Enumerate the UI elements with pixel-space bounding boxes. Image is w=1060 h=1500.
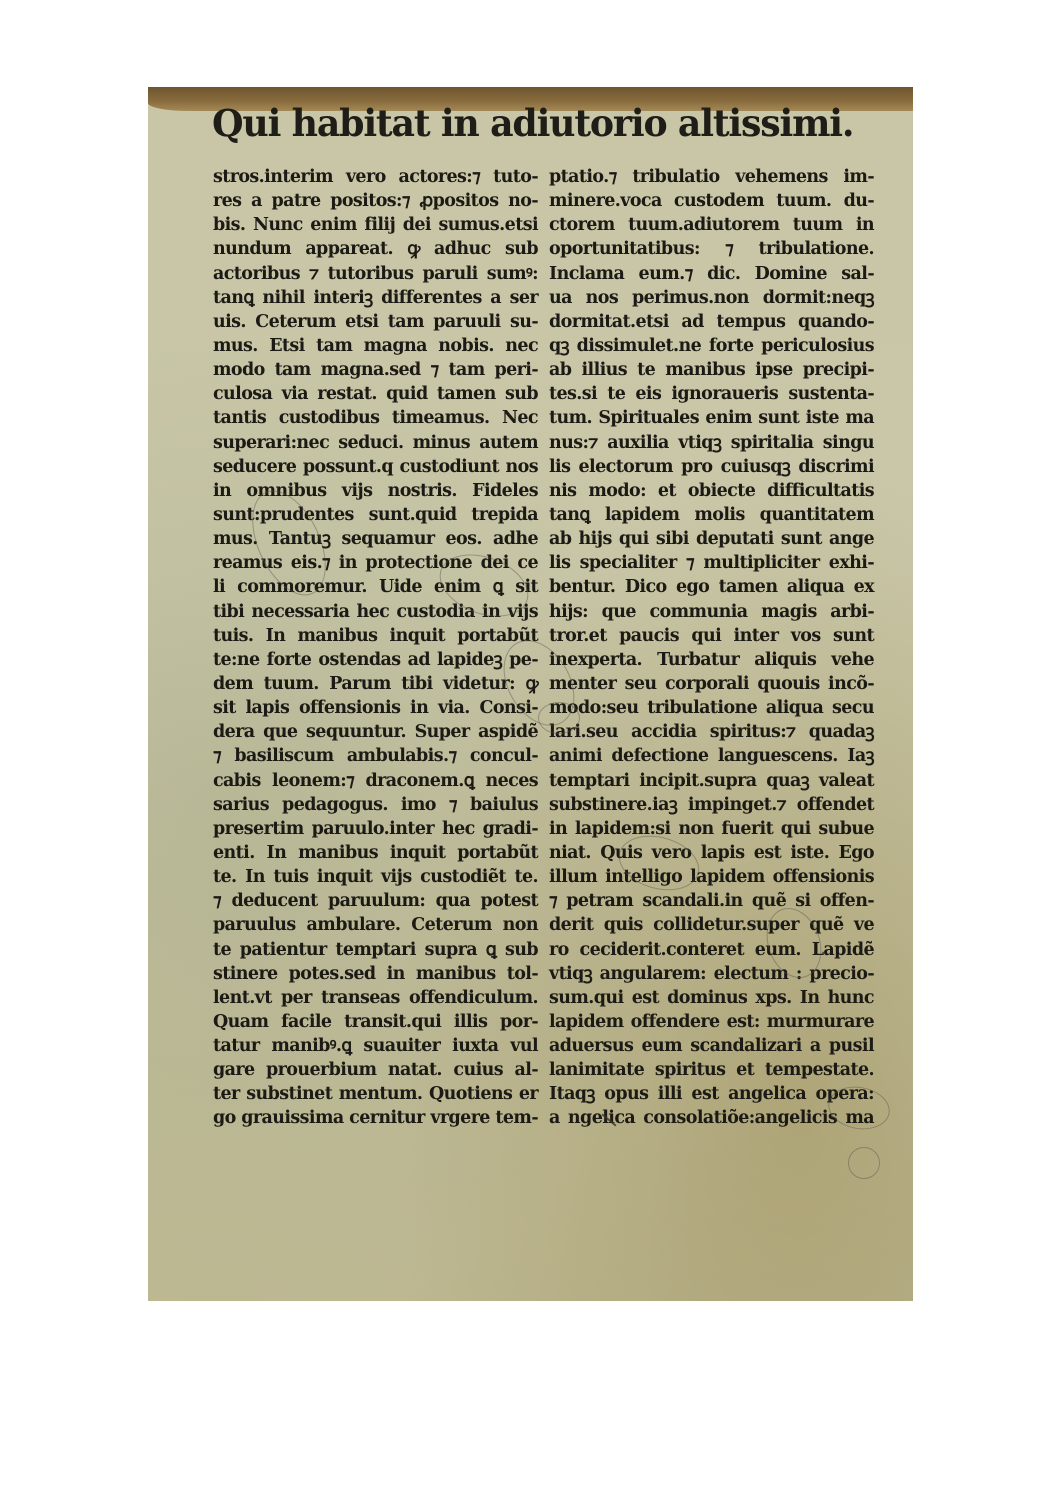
text-line: tantis custodibus timeamus. Nec xyxy=(213,406,538,430)
text-line: culosa via restat. quid tamen sub xyxy=(213,382,538,406)
page-heading: Qui habitat in adiutorio altissimi. xyxy=(212,101,839,145)
text-line: menter seu corporali quouis incõ- xyxy=(549,672,874,696)
text-line: a ngelica consolatiõe:angelicis ma xyxy=(549,1106,874,1130)
text-line: go grauissima cernitur vrgere tem- xyxy=(213,1106,538,1130)
text-line: in lapidem:si non fuerit qui subue xyxy=(549,817,874,841)
text-line: sum.qui est dominus xps. In hunc xyxy=(549,986,874,1010)
text-line: nundum appareat. ꝙ adhuc sub xyxy=(213,237,538,261)
scanned-page: Qui habitat in adiutorio altissimi. stro… xyxy=(148,87,913,1301)
text-line: inexperta. Turbatur aliquis vehe xyxy=(549,648,874,672)
text-line: bis. Nunc enim filij dei sumus.etsi xyxy=(213,213,538,237)
text-line: sarius pedagogus. imo ⁊ baiulus xyxy=(213,793,538,817)
text-line: ⁊ basiliscum ambulabis.⁊ concul- xyxy=(213,744,538,768)
text-line: tes.si te eis ignoraueris sustenta- xyxy=(549,382,874,406)
text-line: te:ne forte ostendas ad lapideꝫ pe- xyxy=(213,648,538,672)
text-line: sit lapis offensionis in via. Consi- xyxy=(213,696,538,720)
text-column-right: ptatio.⁊ tribulatio vehemens im-minere.v… xyxy=(549,165,874,1131)
text-line: tum. Spirituales enim sunt iste ma xyxy=(549,406,874,430)
text-line: temptari incipit.supra quaꝫ valeat xyxy=(549,769,874,793)
text-line: ua nos perimus.non dormit:neqꝫ xyxy=(549,286,874,310)
text-line: tanꝗ lapidem molis quantitatem xyxy=(549,503,874,527)
text-line: nus:⁊ auxilia vtiqꝫ spiritalia singu xyxy=(549,431,874,455)
text-line: presertim paruulo.inter hec gradi- xyxy=(213,817,538,841)
text-line: ro ceciderit.conteret eum. Lapidẽ xyxy=(549,938,874,962)
text-line: minere.voca custodem tuum. du- xyxy=(549,189,874,213)
text-line: niat. Quis vero lapis est iste. Ego xyxy=(549,841,874,865)
text-line: lapidem offendere est: murmurare xyxy=(549,1010,874,1034)
text-line: uis. Ceterum etsi tam paruuli su- xyxy=(213,310,538,334)
text-line: aduersus eum scandalizari a pusil xyxy=(549,1034,874,1058)
text-line: bentur. Dico ego tamen aliqua ex xyxy=(549,575,874,599)
text-line: nis modo: et obiecte difficultatis xyxy=(549,479,874,503)
text-line: res a patre positos:⁊ ꝓpositos no- xyxy=(213,189,538,213)
watermark-flourish xyxy=(848,1147,880,1179)
text-line: oportunitatibus: ⁊ tribulatione. xyxy=(549,237,874,261)
text-line: substinere.iaꝫ impinget.⁊ offendet xyxy=(549,793,874,817)
text-line: lis electorum pro cuiusqꝫ discrimi xyxy=(549,455,874,479)
text-line: mus. Etsi tam magna nobis. nec xyxy=(213,334,538,358)
text-line: illum intelligo lapidem offensionis xyxy=(549,865,874,889)
text-line: te patientur temptari supra ꝗ sub xyxy=(213,938,538,962)
watermark-flourish xyxy=(538,702,580,734)
text-line: tanꝗ nihil interiꝫ differentes a ser xyxy=(213,286,538,310)
text-line: ⁊ deducent paruulum: qua potest xyxy=(213,889,538,913)
text-line: ab illius te manibus ipse precipi- xyxy=(549,358,874,382)
text-line: tuis. In manibus inquit portabũt xyxy=(213,624,538,648)
text-line: ctorem tuum.adiutorem tuum in xyxy=(549,213,874,237)
text-line: vtiqꝫ angularem: electum : precio- xyxy=(549,962,874,986)
text-line: Inclama eum.⁊ dic. Domine sal- xyxy=(549,262,874,286)
text-line: dem tuum. Parum tibi videtur: ꝙ xyxy=(213,672,538,696)
text-line: stros.interim vero actores:⁊ tuto- xyxy=(213,165,538,189)
text-line: ptatio.⁊ tribulatio vehemens im- xyxy=(549,165,874,189)
text-line: cabis leonem:⁊ draconem.ꝗ neces xyxy=(213,769,538,793)
text-line: ab hijs qui sibi deputati sunt ange xyxy=(549,527,874,551)
text-line: ⁊ petram scandali.in quẽ si offen- xyxy=(549,889,874,913)
text-line: actoribus ⁊ tutoribus paruli sumꝰ: xyxy=(213,262,538,286)
text-column-left: stros.interim vero actores:⁊ tuto-res a … xyxy=(213,165,538,1131)
text-line: stinere potes.sed in manibus tol- xyxy=(213,962,538,986)
text-line: qꝫ dissimulet.ne forte periculosius xyxy=(549,334,874,358)
text-line: superari:nec seduci. minus autem xyxy=(213,431,538,455)
text-line: lanimitate spiritus et tempestate. xyxy=(549,1058,874,1082)
text-line: tatur manibꝰ.ꝗ suauiter iuxta vul xyxy=(213,1034,538,1058)
text-line: tror.et paucis qui inter vos sunt xyxy=(549,624,874,648)
text-line: modo tam magna.sed ⁊ tam peri- xyxy=(213,358,538,382)
text-line: modo:seu tribulatione aliqua secu xyxy=(549,696,874,720)
text-line: Quam facile transit.qui illis por- xyxy=(213,1010,538,1034)
text-line: lari.seu accidia spiritus:⁊ quadaꝫ xyxy=(549,720,874,744)
text-line: Itaqꝫ opus illi est angelica opera: xyxy=(549,1082,874,1106)
text-line: animi defectione languescens. Iaꝫ xyxy=(549,744,874,768)
text-line: lis specialiter ⁊ multipliciter exhi- xyxy=(549,551,874,575)
text-line: gare prouerbium natat. cuius al- xyxy=(213,1058,538,1082)
text-line: derit quis collidetur.super quẽ ve xyxy=(549,913,874,937)
text-line: enti. In manibus inquit portabũt xyxy=(213,841,538,865)
text-line: te. In tuis inquit vijs custodiẽt te. xyxy=(213,865,538,889)
text-line: lent.vt per transeas offendiculum. xyxy=(213,986,538,1010)
text-line: ter substinet mentum. Quotiens er xyxy=(213,1082,538,1106)
text-line: dera que sequuntur. Super aspidẽ xyxy=(213,720,538,744)
text-line: seducere possunt.q custodiunt nos xyxy=(213,455,538,479)
text-line: paruulus ambulare. Ceterum non xyxy=(213,913,538,937)
text-line: hijs: que communia magis arbi- xyxy=(549,600,874,624)
text-line: dormitat.etsi ad tempus quando- xyxy=(549,310,874,334)
